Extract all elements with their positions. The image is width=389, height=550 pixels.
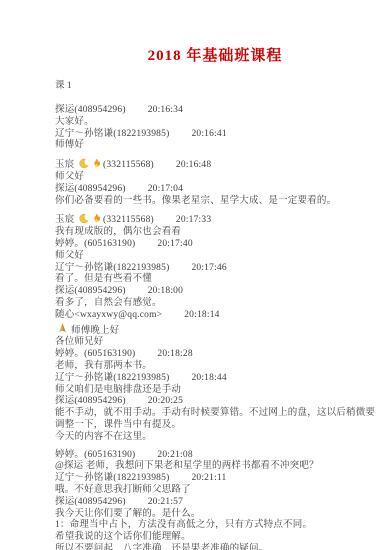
fire-icon: [91, 158, 102, 169]
text-run: (332115568): [103, 215, 154, 225]
message-sender: 婷婷。(605163190): [55, 349, 135, 359]
message-time: 20:21:57: [148, 497, 183, 507]
text-run: 探运(408954296): [55, 396, 126, 406]
text-run: 探运(408954296): [55, 184, 126, 194]
message: 婷婷。(605163190)20:21:08@探运 老师，我想问下果老和星学里的…: [55, 450, 377, 474]
text-run: 看多了，自然会有感觉。: [55, 298, 162, 308]
message-list: 探运(408954296)20:16:34大家好。辽宁～孙铭谦(18221939…: [55, 105, 377, 550]
message-time: 20:16:48: [176, 160, 211, 170]
message-sender: 探运(408954296): [55, 105, 126, 115]
message-header: 辽宁～孙铭谦(1822193985)20:17:46: [55, 263, 377, 275]
message-time: 20:21:08: [157, 450, 192, 460]
message-header: 随心<wxayxwy@qq.com>20:18:14: [55, 310, 377, 322]
message-line: 今天的内容不在这里。: [55, 432, 377, 444]
message-line: 哦。不好意思我打断师父思路了: [55, 485, 377, 497]
message-time: 20:17:33: [176, 215, 211, 225]
message: 玉宸 (332115568)20:16:48师父好: [55, 158, 377, 184]
message-time: 20:18:00: [148, 286, 183, 296]
message-header: 玉宸 (332115568)20:16:48: [55, 158, 377, 172]
message-header: 探运(408954296)20:16:34: [55, 105, 377, 117]
message-line: 我今天让你们要了解的。是什么。: [55, 509, 377, 521]
message: 婷婷。(605163190)20:17:40师父好: [55, 239, 377, 263]
fire-icon: [91, 213, 102, 224]
message-line: 1：命理当中占卜，方法没有高低之分，只有方式特点不同。: [55, 520, 377, 532]
message-time: 20:18:44: [191, 373, 226, 383]
message: 探运(408954296)20:17:04你们必备要看的一些书。像果老星宗、星学…: [55, 184, 377, 208]
text-run: 玉宸: [55, 160, 77, 170]
message-line: 所以不要问起，八字准确，还是果老准确的疑问。: [55, 544, 377, 550]
text-run: 你们必备要看的一些书。像果老星宗、星学大成、是一定要看的。: [55, 196, 336, 206]
text-run: 婷婷。(605163190): [55, 239, 135, 249]
message: 玉宸 (332115568)20:17:33我有现成版的，偶尔也会看看: [55, 213, 377, 239]
message-line: 老师，我有那两本书。: [55, 361, 377, 373]
text-run: 看了。但是有些看不懂: [55, 274, 152, 284]
message: 探运(408954296)20:18:00看多了，自然会有感觉。: [55, 286, 377, 310]
message-time: 20:18:14: [184, 310, 219, 320]
message-header: 玉宸 (332115568)20:17:33: [55, 213, 377, 227]
message-time: 20:16:34: [148, 105, 183, 115]
text-run: 能不手动，就不用手动。手动有时候要算错。不过网上的盘，这以后稍微要调整一下，课件…: [55, 408, 375, 430]
message-line: 能不手动，就不用手动。手动有时候要算错。不过网上的盘，这以后稍微要调整一下，课件…: [55, 408, 377, 432]
message-line: 你们必备要看的一些书。像果老星宗、星学大成、是一定要看的。: [55, 196, 377, 208]
message-sender: 辽宁～孙铭谦(1822193985): [55, 473, 169, 483]
text-run: 我今天让你们要了解的。是什么。: [55, 509, 201, 519]
message-header: 婷婷。(605163190)20:21:08: [55, 450, 377, 462]
text-run: 1：命理当中占卜，方法没有高低之分，只有方式特点不同。: [55, 520, 312, 530]
message-time: 20:21:11: [191, 473, 226, 483]
text-run: @探运 老师，我想问下果老和星学里的两样书都看不冲突吧？: [55, 461, 319, 471]
message-sender: 探运(408954296): [55, 497, 126, 507]
message-time: 20:16:41: [191, 129, 226, 139]
text-run: 哦。不好意思我打断师父思路了: [55, 485, 191, 495]
text-run: 大家好。: [55, 117, 94, 127]
text-run: 我有现成版的，偶尔也会看看: [55, 227, 181, 237]
text-run: 探运(408954296): [55, 286, 126, 296]
message-time: 20:17:46: [191, 263, 226, 273]
message-sender: 辽宁～孙铭谦(1822193985): [55, 129, 169, 139]
message-line: 师傅晚上好: [55, 322, 377, 338]
message-line: 师父好: [55, 172, 377, 184]
message-line: 我有现成版的，偶尔也会看看: [55, 227, 377, 239]
pray-icon: [56, 322, 69, 335]
message-sender: 婷婷。(605163190): [55, 450, 135, 460]
message-header: 婷婷。(605163190)20:18:28: [55, 349, 377, 361]
text-run: 各位师兄好: [55, 337, 104, 347]
text-run: 探运(408954296): [55, 497, 126, 507]
message-header: 探运(408954296)20:21:57: [55, 497, 377, 509]
message: 辽宁～孙铭谦(1822193985)20:16:41师傅好: [55, 129, 377, 153]
text-run: 婷婷。(605163190): [55, 450, 135, 460]
text-run: 辽宁～孙铭谦(1822193985): [55, 263, 169, 273]
message-header: 辽宁～孙铭谦(1822193985)20:16:41: [55, 129, 377, 141]
text-run: 师父好: [55, 251, 84, 261]
message: 辽宁～孙铭谦(1822193985)20:18:44师父咱们是电脑排盘还是手动: [55, 373, 377, 397]
message-header: 婷婷。(605163190)20:17:40: [55, 239, 377, 251]
message: 辽宁～孙铭谦(1822193985)20:17:46看了。但是有些看不懂: [55, 263, 377, 287]
message-line: 师父好: [55, 251, 377, 263]
document-page: 2018 年基础班课程 课 1 探运(408954296)20:16:34大家好…: [0, 0, 389, 550]
message: 探运(408954296)20:21:57我今天让你们要了解的。是什么。1：命理…: [55, 497, 377, 550]
message-sender: 婷婷。(605163190): [55, 239, 135, 249]
message: 探运(408954296)20:20:25能不手动，就不用手动。手动有时候要算错…: [55, 396, 377, 443]
text-run: 老师，我有那两本书。: [55, 361, 152, 371]
message-line: 师父咱们是电脑排盘还是手动: [55, 385, 377, 397]
message-header: 辽宁～孙铭谦(1822193985)20:21:11: [55, 473, 377, 485]
text-run: 师傅晚上好: [71, 326, 120, 336]
message: 探运(408954296)20:16:34大家好。: [55, 105, 377, 129]
moon-icon: [78, 213, 89, 224]
text-run: 师父好: [55, 172, 84, 182]
message-time: 20:18:28: [157, 349, 192, 359]
message-sender: 玉宸 (332115568): [55, 160, 154, 170]
message-sender: 探运(408954296): [55, 184, 126, 194]
text-run: 今天的内容不在这里。: [55, 432, 152, 442]
message-sender: 探运(408954296): [55, 396, 126, 406]
text-run: 婷婷。(605163190): [55, 349, 135, 359]
message-line: 师傅好: [55, 140, 377, 152]
message-time: 20:17:04: [148, 184, 183, 194]
message-header: 探运(408954296)20:17:04: [55, 184, 377, 196]
message-time: 20:17:40: [157, 239, 192, 249]
message-line: 各位师兄好: [55, 337, 377, 349]
message: 随心<wxayxwy@qq.com>20:18:14师傅晚上好各位师兄好: [55, 310, 377, 349]
message: 婷婷。(605163190)20:18:28老师，我有那两本书。: [55, 349, 377, 373]
message-sender: 辽宁～孙铭谦(1822193985): [55, 373, 169, 383]
text-run: 辽宁～孙铭谦(1822193985): [55, 129, 169, 139]
message-sender: 玉宸 (332115568): [55, 215, 154, 225]
moon-icon: [78, 158, 89, 169]
text-run: 探运(408954296): [55, 105, 126, 115]
message-line: @探运 老师，我想问下果老和星学里的两样书都看不冲突吧？: [55, 461, 377, 473]
text-run: 所以不要问起，八字准确，还是果老准确的疑问。: [55, 544, 268, 550]
message-header: 辽宁～孙铭谦(1822193985)20:18:44: [55, 373, 377, 385]
text-run: 辽宁～孙铭谦(1822193985): [55, 373, 169, 383]
text-run: 师傅好: [55, 140, 84, 150]
message-line: 大家好。: [55, 117, 377, 129]
text-run: 玉宸: [55, 215, 77, 225]
message-sender: 探运(408954296): [55, 286, 126, 296]
message: 辽宁～孙铭谦(1822193985)20:21:11哦。不好意思我打断师父思路了: [55, 473, 377, 497]
message-line: 希望我说的这个话你们能理解。: [55, 532, 377, 544]
text-run: 随心<wxayxwy@qq.com>: [55, 310, 162, 320]
text-run: (332115568): [103, 160, 154, 170]
message-sender: 随心<wxayxwy@qq.com>: [55, 310, 162, 320]
page-title: 2018 年基础班课程: [55, 44, 375, 65]
message-sender: 辽宁～孙铭谦(1822193985): [55, 263, 169, 273]
message-header: 探运(408954296)20:20:25: [55, 396, 377, 408]
text-run: 希望我说的这个话你们能理解。: [55, 532, 191, 542]
text-run: 辽宁～孙铭谦(1822193985): [55, 473, 169, 483]
text-run: 师父咱们是电脑排盘还是手动: [55, 385, 181, 395]
message-header: 探运(408954296)20:18:00: [55, 286, 377, 298]
message-time: 20:20:25: [148, 396, 183, 406]
message-line: 看了。但是有些看不懂: [55, 274, 377, 286]
message-line: 看多了，自然会有感觉。: [55, 298, 377, 310]
lesson-label: 课 1: [55, 77, 375, 91]
